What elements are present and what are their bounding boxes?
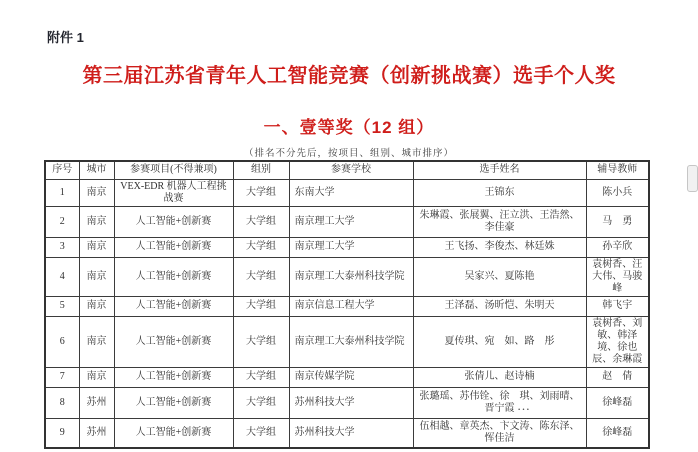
table-cell: 大学组 (233, 237, 289, 257)
table-cell: 苏州科技大学 (289, 387, 413, 418)
table-cell: 吴家兴、夏陈艳 (413, 257, 586, 296)
table-cell: 南京理工大学 (289, 237, 413, 257)
table-cell: 大学组 (233, 418, 289, 448)
table-cell: 1 (45, 179, 79, 206)
table-cell: 伍相越、章英杰、卞文涛、陈东泽、恽佳洁 (413, 418, 586, 448)
table-cell: 徐峰磊 (586, 418, 649, 448)
column-header: 参赛项目(不得兼项) (114, 161, 233, 179)
table-cell: 5 (45, 296, 79, 316)
table-row: 8苏州人工智能+创新赛大学组苏州科技大学张璐瑶、苏伟铨、徐 琪、刘雨晴、晋宁霞徐… (45, 387, 649, 418)
table-cell: 人工智能+创新赛 (114, 418, 233, 448)
table-cell: 大学组 (233, 316, 289, 367)
table-cell: 南京 (79, 257, 114, 296)
table-row: 4南京人工智能+创新赛大学组南京理工大泰州科技学院吴家兴、夏陈艳袁树香、汪大伟、… (45, 257, 649, 296)
table-cell: 陈小兵 (586, 179, 649, 206)
scrollbar-thumb[interactable] (687, 165, 698, 192)
table-cell: 人工智能+创新赛 (114, 257, 233, 296)
table-cell: 夏传琪、宛 如、路 彤 (413, 316, 586, 367)
table-cell: 8 (45, 387, 79, 418)
table-cell: 张倩儿、赵诗楠 (413, 367, 586, 387)
table-cell: 南京 (79, 316, 114, 367)
column-header: 选手姓名 (413, 161, 586, 179)
table-cell: 2 (45, 206, 79, 237)
table-row: 2南京人工智能+创新赛大学组南京理工大学朱琳霞、张展翼、汪立洪、王浩然、李佳豪马… (45, 206, 649, 237)
table-cell: 南京理工大学 (289, 206, 413, 237)
table-cell: 苏州科技大学 (289, 418, 413, 448)
table-cell: 朱琳霞、张展翼、汪立洪、王浩然、李佳豪 (413, 206, 586, 237)
section-title: 一、壹等奖（12 组） (0, 113, 698, 138)
table-cell: 9 (45, 418, 79, 448)
table-cell: 南京理工大泰州科技学院 (289, 257, 413, 296)
table-cell: 南京 (79, 367, 114, 387)
table-cell: 孙辛欣 (586, 237, 649, 257)
attachment-label: 附件 1 (47, 27, 84, 46)
column-header: 城市 (79, 161, 114, 179)
table-cell: 张璐瑶、苏伟铨、徐 琪、刘雨晴、晋宁霞 (413, 387, 586, 418)
table-cell: 王飞扬、李俊杰、林廷姝 (413, 237, 586, 257)
table-cell: 大学组 (233, 257, 289, 296)
table-cell: 人工智能+创新赛 (114, 367, 233, 387)
table-cell: 苏州 (79, 387, 114, 418)
table-row: 3南京人工智能+创新赛大学组南京理工大学王飞扬、李俊杰、林廷姝孙辛欣 (45, 237, 649, 257)
award-table: 序号城市参赛项目(不得兼项)组别参赛学校选手姓名辅导教师 1南京VEX-EDR … (44, 160, 650, 449)
table-cell: 人工智能+创新赛 (114, 237, 233, 257)
table-cell: 南京信息工程大学 (289, 296, 413, 316)
table-cell: 大学组 (233, 206, 289, 237)
table-cell: 南京 (79, 237, 114, 257)
column-header: 序号 (45, 161, 79, 179)
table-cell: 袁树香、刘 敏、韩泽境、徐也辰、余琳霞 (586, 316, 649, 367)
column-header: 参赛学校 (289, 161, 413, 179)
sort-note: （排名不分先后，按项目、组别、城市排序） (0, 145, 698, 159)
table-cell: 王锦东 (413, 179, 586, 206)
table-header: 序号城市参赛项目(不得兼项)组别参赛学校选手姓名辅导教师 (45, 161, 649, 179)
table-row: 5南京人工智能+创新赛大学组南京信息工程大学王泽磊、汤昕恺、朱明天韩飞宇 (45, 296, 649, 316)
table-cell: 人工智能+创新赛 (114, 387, 233, 418)
table-cell: 大学组 (233, 367, 289, 387)
table-cell: 王泽磊、汤昕恺、朱明天 (413, 296, 586, 316)
table-cell: 7 (45, 367, 79, 387)
table-cell: VEX-EDR 机器人工程挑战赛 (114, 179, 233, 206)
table-cell: 6 (45, 316, 79, 367)
column-header: 辅导教师 (586, 161, 649, 179)
table-cell: 大学组 (233, 179, 289, 206)
table-body: 1南京VEX-EDR 机器人工程挑战赛大学组东南大学王锦东陈小兵2南京人工智能+… (45, 179, 649, 448)
table-row: 7南京人工智能+创新赛大学组南京传媒学院张倩儿、赵诗楠赵 倩 (45, 367, 649, 387)
table-cell: 韩飞宇 (586, 296, 649, 316)
table-cell: 徐峰磊 (586, 387, 649, 418)
table-cell: 南京 (79, 206, 114, 237)
table-cell: 东南大学 (289, 179, 413, 206)
table-cell: 袁树香、汪大伟、马骏峰 (586, 257, 649, 296)
table-cell: 人工智能+创新赛 (114, 296, 233, 316)
table-cell: 人工智能+创新赛 (114, 316, 233, 367)
table-cell: 大学组 (233, 387, 289, 418)
table-cell: 南京理工大泰州科技学院 (289, 316, 413, 367)
table-cell: 大学组 (233, 296, 289, 316)
table-cell: 南京 (79, 179, 114, 206)
table-row: 1南京VEX-EDR 机器人工程挑战赛大学组东南大学王锦东陈小兵 (45, 179, 649, 206)
column-header: 组别 (233, 161, 289, 179)
table-cell: 马 勇 (586, 206, 649, 237)
table-cell: 苏州 (79, 418, 114, 448)
table-cell: 南京 (79, 296, 114, 316)
table-cell: 人工智能+创新赛 (114, 206, 233, 237)
table-row: 6南京人工智能+创新赛大学组南京理工大泰州科技学院夏传琪、宛 如、路 彤袁树香、… (45, 316, 649, 367)
table-cell: 4 (45, 257, 79, 296)
document-page: 附件 1 第三届江苏省青年人工智能竞赛（创新挑战赛）选手个人奖 一、壹等奖（12… (0, 0, 698, 452)
table-cell: 赵 倩 (586, 367, 649, 387)
table-cell: 3 (45, 237, 79, 257)
page-title: 第三届江苏省青年人工智能竞赛（创新挑战赛）选手个人奖 (0, 59, 698, 88)
watermark-ellipsis: … (517, 398, 529, 414)
table-cell: 南京传媒学院 (289, 367, 413, 387)
table-row: 9苏州人工智能+创新赛大学组苏州科技大学伍相越、章英杰、卞文涛、陈东泽、恽佳洁徐… (45, 418, 649, 448)
